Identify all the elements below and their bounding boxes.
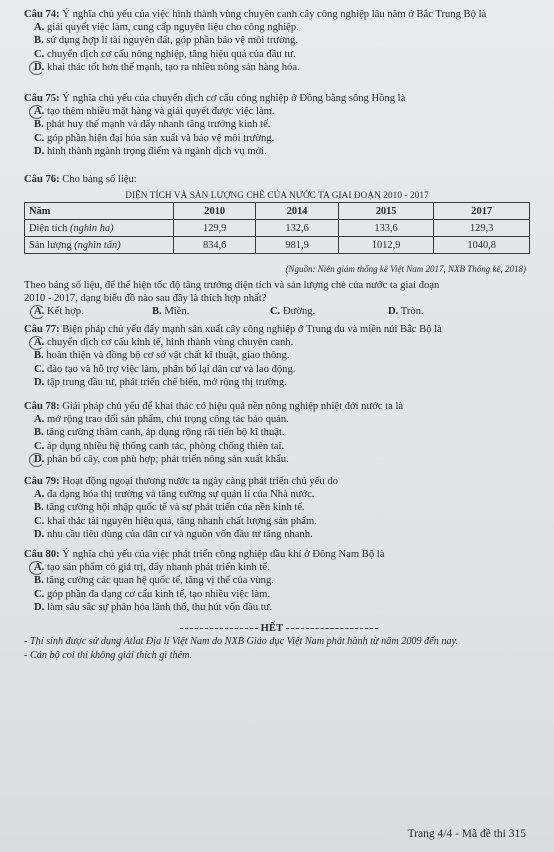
option-text: chuyển dịch cơ cấu kinh tế, hình thành v… — [47, 337, 293, 348]
option-text: khai thác tốt hơn thế mạnh, tạo ra nhiều… — [47, 62, 300, 73]
option-c: C. Đường. — [270, 305, 388, 318]
option-letter: D. — [34, 602, 44, 613]
table-source: (Nguồn: Niên giám thống kê Việt Nam 2017… — [285, 264, 526, 274]
exam-page: Câu 74: Ý nghĩa chủ yếu của việc hình th… — [0, 0, 554, 852]
option-text: khai thác tài nguyên hiệu quả, tăng nhan… — [47, 516, 317, 527]
table-cell: 132,6 — [256, 220, 338, 237]
option-letter: D. — [34, 377, 44, 388]
option-text: tạo thêm nhiều mặt hàng và giải quyết đư… — [47, 106, 275, 117]
option-letter: D. — [34, 146, 44, 157]
question-text: Hoạt động ngoại thương nước ta ngày càng… — [62, 476, 338, 487]
option-b: B. tăng cường thâm canh, áp dụng rộng rã… — [24, 426, 544, 439]
option-letter: B. — [34, 427, 44, 438]
question-text: Ý nghĩa chủ yếu của việc hình thành vùng… — [62, 9, 486, 20]
question-text: Biện pháp chủ yếu đẩy mạnh sản xuất cây … — [62, 324, 442, 335]
option-d: D. nhu cầu tiêu dùng của dân cư và nguồn… — [24, 528, 544, 541]
option-text: áp dụng nhiều hệ thống canh tác, phòng c… — [47, 441, 284, 452]
question-76: Câu 76: Cho bảng số liệu: — [24, 173, 544, 186]
option-c: C. góp phần hiện đại hóa sản xuất và bảo… — [24, 132, 544, 145]
question-stem: Câu 77: Biện pháp chủ yếu đẩy mạnh sản x… — [24, 323, 544, 336]
option-letter: D. — [34, 62, 44, 73]
option-letter: A. — [34, 562, 44, 573]
option-letter: C. — [34, 589, 44, 600]
option-text: chuyển dịch cơ cấu nông nghiệp, tăng hiệ… — [47, 49, 296, 60]
table-cell: 129,3 — [434, 220, 530, 237]
option-letter: C. — [34, 516, 44, 527]
exam-note: - Cán bộ coi thi không giải thích gì thê… — [24, 650, 192, 661]
question-stem: Câu 80: Ý nghĩa chủ yếu của việc phát tr… — [24, 548, 544, 561]
option-letter: C. — [34, 364, 44, 375]
question-stem: Câu 78: Giải pháp chủ yếu để khai thác c… — [24, 400, 544, 413]
option-letter: B. — [34, 35, 44, 46]
option-text: Đường. — [283, 306, 315, 317]
option-letter: A. — [34, 337, 44, 348]
option-a: A. mở rộng trao đổi sản phẩm, chú trọng … — [24, 413, 544, 426]
option-text: nhu cầu tiêu dùng của dân cư và nguồn vố… — [47, 529, 313, 540]
prompt-line: Theo bảng số liệu, để thể hiện tốc độ tă… — [24, 279, 544, 292]
option-d: D. hình thành ngành trọng điểm và ngành … — [24, 145, 544, 158]
table-cell: 1012,9 — [338, 237, 434, 254]
option-letter: C. — [270, 306, 280, 317]
option-letter: B. — [34, 119, 44, 130]
option-letter: B. — [34, 350, 44, 361]
table-header-cell: 2010 — [174, 203, 256, 220]
option-letter: A. — [34, 306, 44, 317]
option-b: B. tăng cường các quan hệ quốc tế, tăng … — [24, 574, 544, 587]
question-74: Câu 74: Ý nghĩa chủ yếu của việc hình th… — [24, 8, 544, 74]
table-header-cell: 2014 — [256, 203, 338, 220]
option-letter: A. — [34, 414, 44, 425]
row-label: Diện tích — [29, 223, 67, 234]
question-76-prompt: Theo bảng số liệu, để thể hiện tốc độ tă… — [24, 279, 544, 319]
option-letter: C. — [34, 133, 44, 144]
question-text: Cho bảng số liệu: — [62, 174, 136, 185]
table-header-row: Năm 2010 2014 2015 2017 — [25, 203, 530, 220]
option-letter: C. — [34, 441, 44, 452]
table-row: Diện tích (nghìn ha) 129,9 132,6 133,6 1… — [25, 220, 530, 237]
options-row: A. Kết hợp. B. Miền. C. Đường. D. Tròn. — [24, 305, 544, 318]
divider — [180, 628, 258, 629]
option-text: Tròn. — [401, 306, 424, 317]
option-text: Kết hợp. — [47, 306, 84, 317]
table-row: Sản lượng (nghìn tấn) 834,6 981,9 1012,9… — [25, 237, 530, 254]
option-d: D. tập trung đầu tư, phát triển chế biến… — [24, 376, 544, 389]
table-row-label: Sản lượng (nghìn tấn) — [25, 237, 174, 254]
end-marker-text: HẾT — [261, 623, 283, 634]
option-text: đào tạo và hỗ trợ việc làm, phân bố lại … — [47, 364, 295, 375]
row-label: Sản lượng — [29, 240, 72, 251]
question-stem: Câu 74: Ý nghĩa chủ yếu của việc hình th… — [24, 8, 544, 21]
page-footer: Trang 4/4 - Mã đề thi 315 — [408, 828, 526, 840]
option-text: đa dạng hóa thị trường và tăng cường sự … — [47, 489, 314, 500]
table-title: DIỆN TÍCH VÀ SẢN LƯỢNG CHÈ CỦA NƯỚC TA G… — [0, 190, 554, 200]
option-d-marked: D. phân bố cây, con phù hợp; phát triển … — [24, 453, 544, 466]
option-a-marked: A. chuyển dịch cơ cấu kinh tế, hình thàn… — [24, 336, 544, 349]
option-a-marked: A. Kết hợp. — [34, 305, 152, 318]
question-text: Giải pháp chủ yếu để khai thác có hiệu q… — [62, 401, 403, 412]
option-letter: D. — [34, 529, 44, 540]
prompt-line: 2010 - 2017, dạng biểu đồ nào sau đây là… — [24, 292, 544, 305]
option-b: B. tăng cường hội nhập quốc tế và sự phá… — [24, 501, 544, 514]
option-c: C. chuyển dịch cơ cấu nông nghiệp, tăng … — [24, 48, 544, 61]
table-cell: 834,6 — [174, 237, 256, 254]
row-unit: (nghìn tấn) — [74, 240, 120, 251]
option-b: B. phát huy thế mạnh và đẩy nhanh tăng t… — [24, 118, 544, 131]
option-letter: D. — [388, 306, 398, 317]
question-75: Câu 75: Ý nghĩa chủ yếu của chuyển dịch … — [24, 92, 544, 158]
end-marker: HẾT — [180, 623, 378, 634]
option-c: C. góp phần đa dạng cơ cấu kinh tế, tạo … — [24, 588, 544, 601]
option-c: C. đào tạo và hỗ trợ việc làm, phân bố l… — [24, 363, 544, 376]
question-79: Câu 79: Hoạt động ngoại thương nước ta n… — [24, 475, 544, 541]
option-a-marked: A. tạo thêm nhiều mặt hàng và giải quyết… — [24, 105, 544, 118]
option-text: tập trung đầu tư, phát triển chế biến, m… — [47, 377, 287, 388]
question-78: Câu 78: Giải pháp chủ yếu để khai thác c… — [24, 400, 544, 466]
option-letter: D. — [34, 454, 44, 465]
option-text: phân bố cây, con phù hợp; phát triển nôn… — [47, 454, 289, 465]
table-header-cell: 2015 — [338, 203, 434, 220]
option-text: tăng cường các quan hệ quốc tế, tăng vị … — [46, 575, 274, 586]
table-header-cell: Năm — [25, 203, 174, 220]
question-number: Câu 79: — [24, 476, 60, 487]
option-text: phát huy thế mạnh và đẩy nhanh tăng trưở… — [46, 119, 270, 130]
option-text: hoàn thiện và đồng bộ cơ sở vật chất kĩ … — [46, 350, 289, 361]
option-text: mở rộng trao đổi sản phẩm, chú trọng côn… — [47, 414, 289, 425]
exam-note: - Thí sinh được sử dụng Atlat Địa lí Việ… — [24, 636, 458, 647]
data-table: Năm 2010 2014 2015 2017 Diện tích (nghìn… — [24, 202, 530, 254]
option-text: góp phần đa dạng cơ cấu kinh tế, tạo nhi… — [47, 589, 270, 600]
option-text: sử dụng hợp lí tài nguyên đất, góp phần … — [46, 35, 298, 46]
option-b: B. hoàn thiện và đồng bộ cơ sở vật chất … — [24, 349, 544, 362]
option-a: A. đa dạng hóa thị trường và tăng cường … — [24, 488, 544, 501]
option-d-marked: D. khai thác tốt hơn thế mạnh, tạo ra nh… — [24, 61, 544, 74]
question-number: Câu 74: — [24, 9, 60, 20]
option-letter: A. — [34, 106, 44, 117]
option-letter: C. — [34, 49, 44, 60]
question-number: Câu 76: — [24, 174, 60, 185]
option-text: tăng cường thâm canh, áp dụng rộng rãi t… — [46, 427, 284, 438]
option-text: góp phần hiện đại hóa sản xuất và bảo vệ… — [47, 133, 274, 144]
option-d: D. làm sâu sắc sự phân hóa lãnh thổ, thu… — [24, 601, 544, 614]
option-a: A. giải quyết việc làm, cung cấp nguyên … — [24, 21, 544, 34]
option-b: B. sử dụng hợp lí tài nguyên đất, góp ph… — [24, 34, 544, 47]
question-number: Câu 80: — [24, 549, 60, 560]
table-cell: 1040,8 — [434, 237, 530, 254]
option-text: tạo sản phẩm có giá trị, đẩy nhanh phát … — [47, 562, 270, 573]
question-77: Câu 77: Biện pháp chủ yếu đẩy mạnh sản x… — [24, 323, 544, 389]
option-b: B. Miền. — [152, 305, 270, 318]
option-text: hình thành ngành trọng điểm và ngành dịc… — [47, 146, 267, 157]
question-number: Câu 77: — [24, 324, 60, 335]
option-text: tăng cường hội nhập quốc tế và sự phát t… — [46, 502, 304, 513]
question-stem: Câu 75: Ý nghĩa chủ yếu của chuyển dịch … — [24, 92, 544, 105]
table-row-label: Diện tích (nghìn ha) — [25, 220, 174, 237]
question-text: Ý nghĩa chủ yếu của việc phát triển công… — [62, 549, 384, 560]
question-stem: Câu 79: Hoạt động ngoại thương nước ta n… — [24, 475, 544, 488]
option-c: C. áp dụng nhiều hệ thống canh tác, phòn… — [24, 440, 544, 453]
table-cell: 133,6 — [338, 220, 434, 237]
option-text: làm sâu sắc sự phân hóa lãnh thổ, thu hú… — [47, 602, 272, 613]
option-a-marked: A. tạo sản phẩm có giá trị, đẩy nhanh ph… — [24, 561, 544, 574]
row-unit: (nghìn ha) — [70, 223, 114, 234]
question-stem: Câu 76: Cho bảng số liệu: — [24, 173, 544, 186]
option-text: Miền. — [164, 306, 189, 317]
option-letter: B. — [152, 306, 162, 317]
option-letter: B. — [34, 575, 44, 586]
option-c: C. khai thác tài nguyên hiệu quả, tăng n… — [24, 515, 544, 528]
option-d: D. Tròn. — [388, 305, 506, 318]
table-cell: 981,9 — [256, 237, 338, 254]
question-number: Câu 75: — [24, 93, 60, 104]
option-letter: B. — [34, 502, 44, 513]
question-number: Câu 78: — [24, 401, 60, 412]
option-letter: A. — [34, 22, 44, 33]
table-cell: 129,9 — [174, 220, 256, 237]
question-80: Câu 80: Ý nghĩa chủ yếu của việc phát tr… — [24, 548, 544, 614]
option-letter: A. — [34, 489, 44, 500]
divider — [286, 628, 378, 629]
option-text: giải quyết việc làm, cung cấp nguyên liệ… — [47, 22, 299, 33]
question-text: Ý nghĩa chủ yếu của chuyển dịch cơ cấu c… — [62, 93, 405, 104]
table-header-cell: 2017 — [434, 203, 530, 220]
